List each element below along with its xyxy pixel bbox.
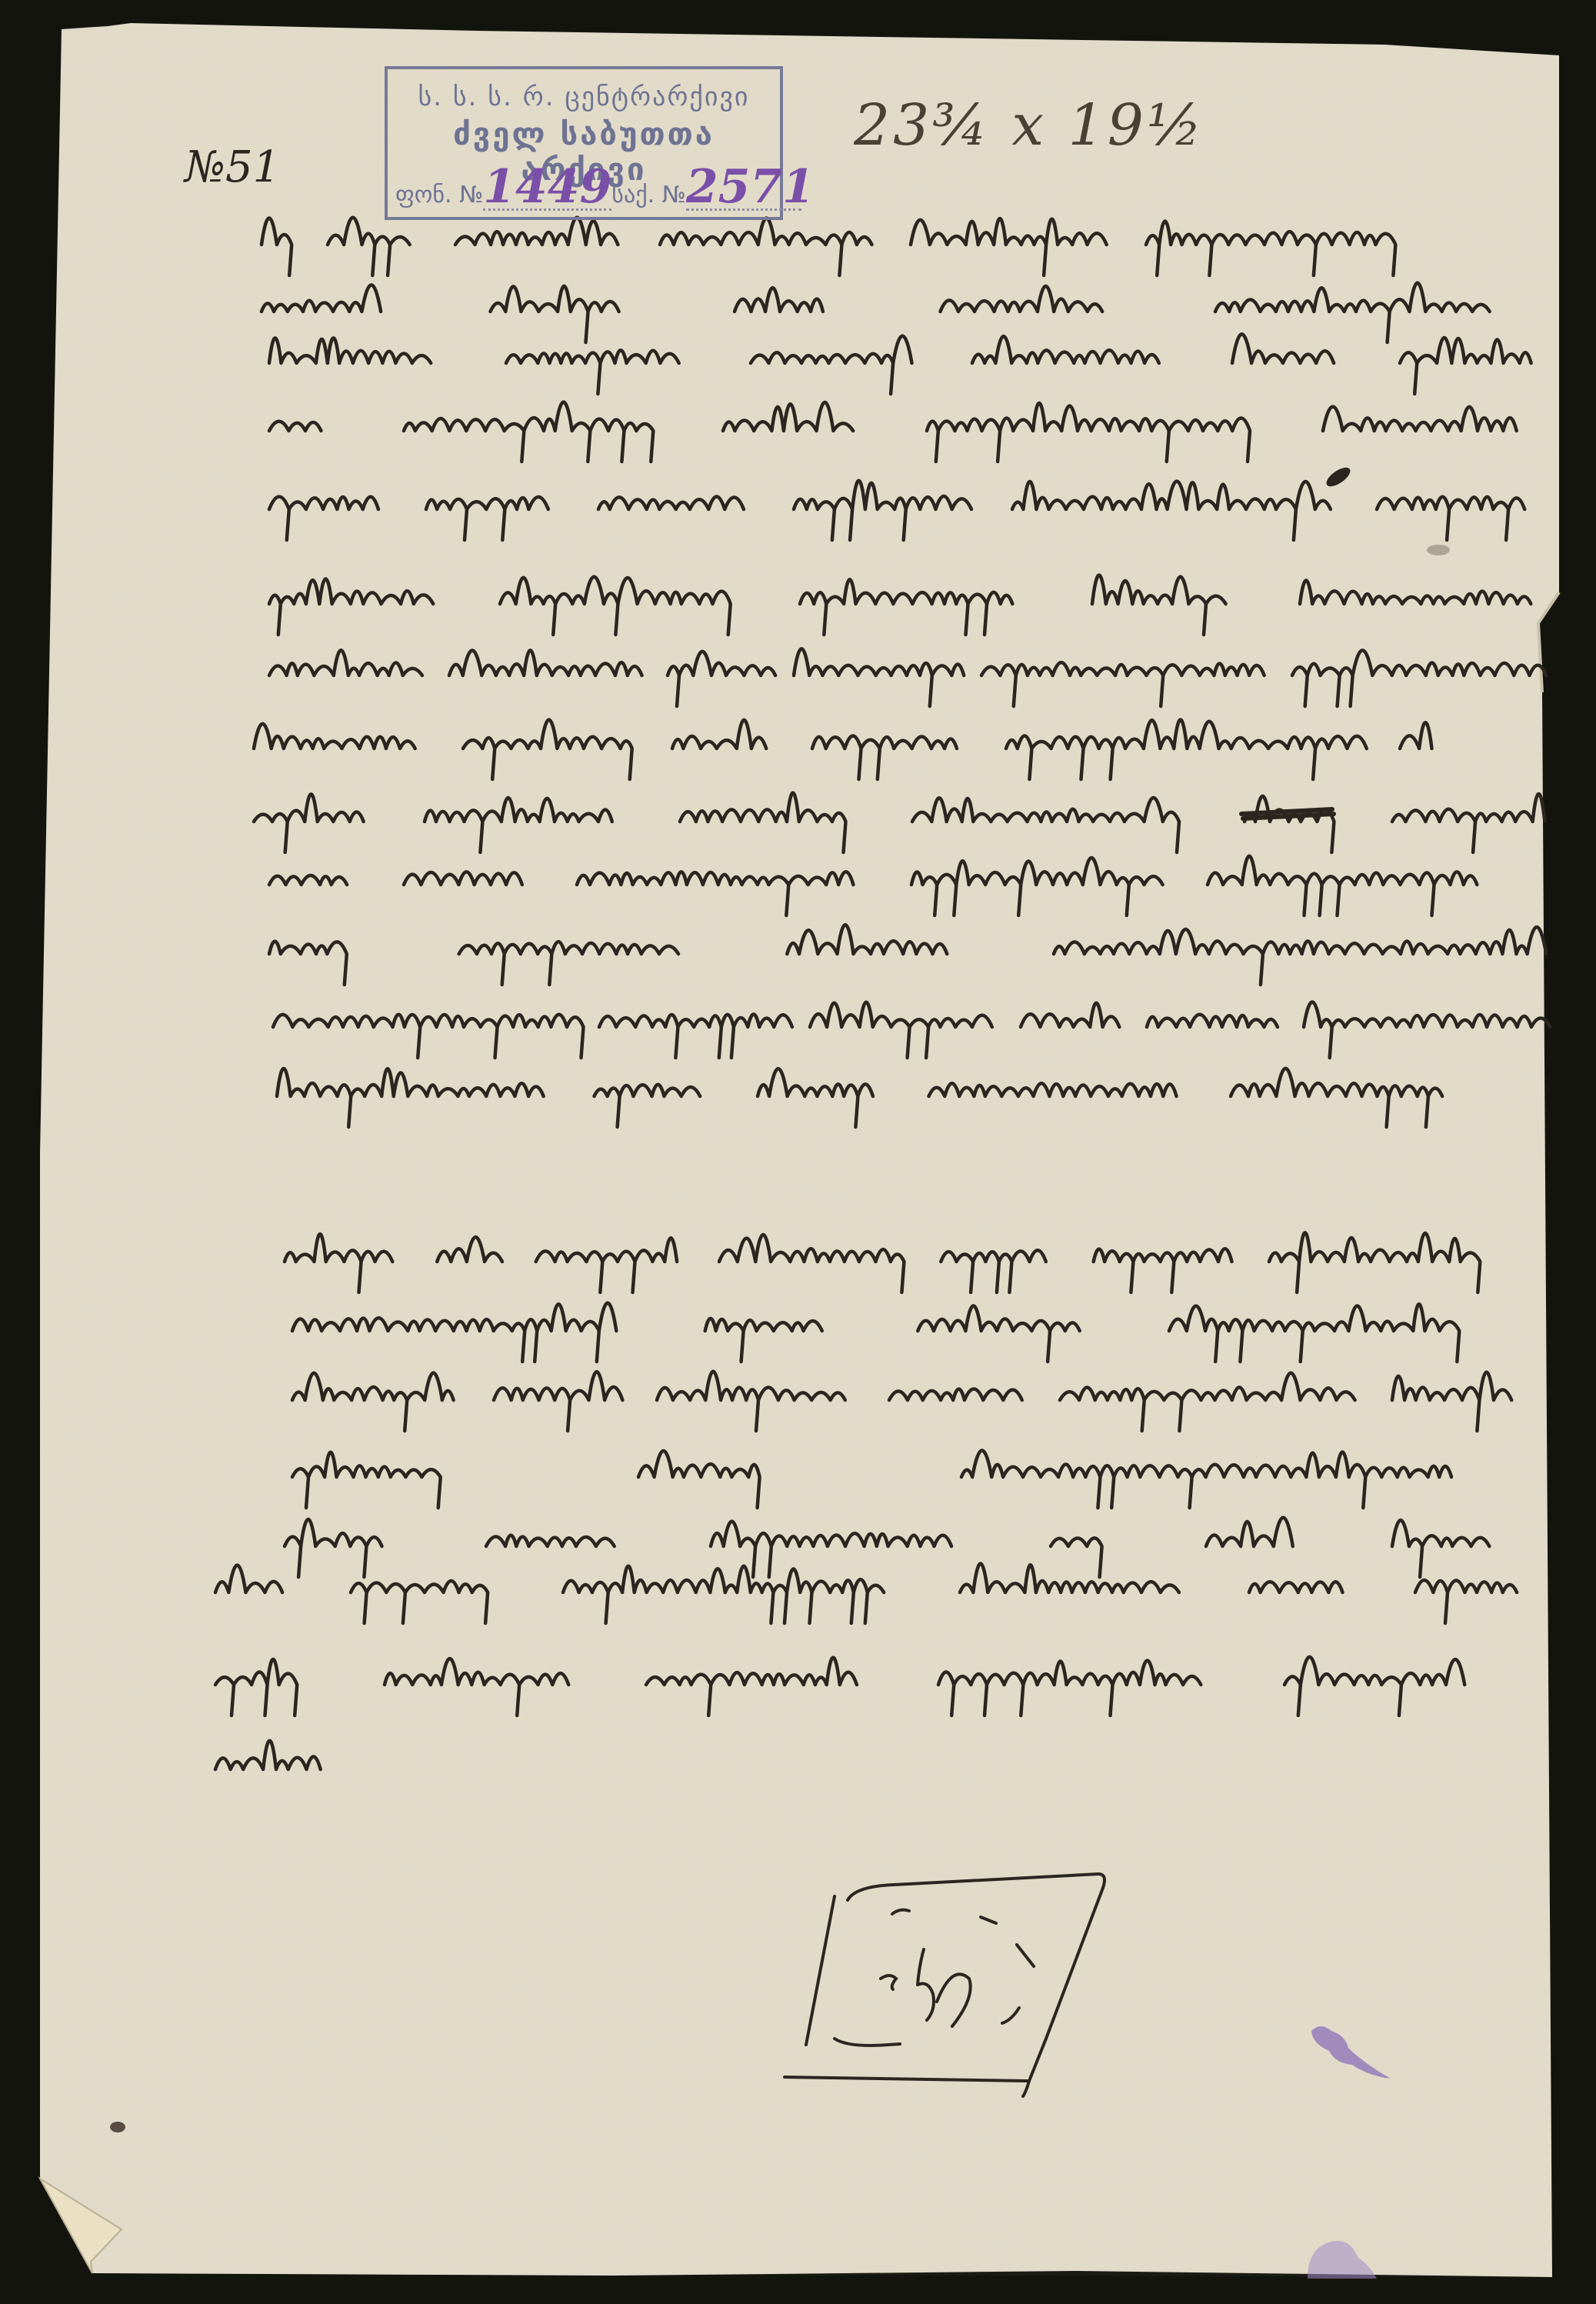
dimensions-note: 23¾ x 19½ [854,92,1205,158]
stamp-item-number: 2571 [686,160,815,214]
stamp-fond-row: ფონ. №1449საქ. №2571 [395,172,772,211]
folio-number: №51 [185,142,280,192]
paper-sheet [0,0,1596,2304]
stamp-item-label: საქ. № [611,182,686,208]
archive-stamp: ს. ს. ს. რ. ცენტრარქივი ძველ საბუთთა არქ… [385,66,783,220]
stamp-fond-number: 1449 [483,160,611,214]
stamp-line-1: ს. ს. ს. რ. ცენტრარქივი [388,82,780,112]
stamp-fond-label: ფონ. № [395,182,483,208]
smudge [1427,545,1450,555]
ink-dot [110,2122,125,2132]
scanned-page: №51 23¾ x 19½ ს. ს. ს. რ. ცენტრარქივი ძვ… [0,0,1596,2304]
